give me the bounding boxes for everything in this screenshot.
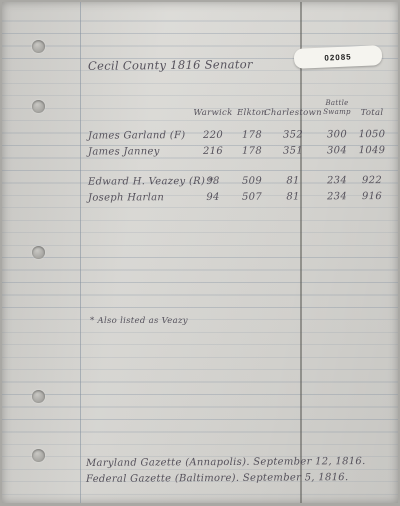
vote-count: 352 [264,129,322,140]
citation-line: Maryland Gazette (Annapolis). September … [86,456,366,469]
column-header-total: Total [348,108,396,118]
footnote: * Also listed as Veazy [90,316,188,326]
column-header-battle-line1: Battle [316,99,358,108]
vote-count: 94 [188,192,238,203]
catalog-number: 02085 [324,52,352,62]
punch-hole [32,449,45,462]
vote-total: 922 [348,175,396,186]
margin-rule-line [80,2,81,503]
vote-count: 98 [188,176,238,187]
table-row: James Garland (F) 220 178 352 300 1050 [2,129,398,145]
citation-line: Federal Gazette (Baltimore). September 5… [86,472,348,485]
table-row: Joseph Harlan 94 507 81 234 916 [2,191,398,207]
table-row: Edward H. Veazey (R) * 98 509 81 234 922 [2,175,398,191]
vote-count: 81 [264,191,322,202]
page-title: Cecil County 1816 Senator [88,57,253,73]
candidate-name: Joseph Harlan [88,192,164,203]
table-row: James Janney 216 178 351 304 1049 [2,145,398,161]
scanned-page: 02085 Cecil County 1816 Senator Warwick … [2,2,398,503]
candidate-name: James Garland (F) [88,130,185,142]
table-header-row: Warwick Elkton Charlestown Battle Swamp … [2,108,398,122]
punch-hole [32,40,45,53]
vote-count: 216 [188,146,238,157]
punch-hole [32,390,45,403]
vote-total: 1049 [348,145,396,156]
ruled-lines [2,9,398,503]
candidate-name: James Janney [88,146,160,157]
vote-total: 916 [348,191,396,202]
vote-count: 81 [264,175,322,186]
column-header-warwick: Warwick [188,108,238,118]
column-header-charlestown: Charlestown [264,108,322,118]
punch-hole [32,246,45,259]
center-rule-line [300,2,302,503]
vote-count: 351 [264,145,322,156]
vote-total: 1050 [348,129,396,140]
catalog-label: 02085 [294,45,383,69]
vote-count: 220 [188,130,238,141]
